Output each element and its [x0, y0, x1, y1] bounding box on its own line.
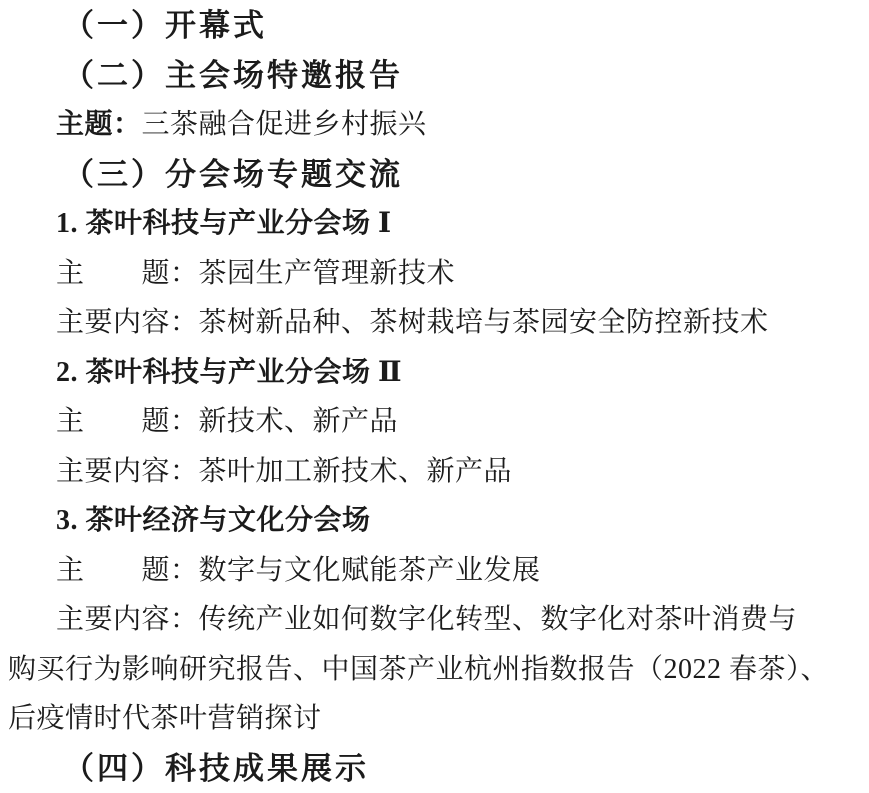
section-heading-3: （三）分会场专题交流 [0, 150, 869, 200]
bold-text-segment: （二）主会场特邀报告 [63, 58, 403, 93]
forum-2-content-line: 主要内容：茶叶加工新技术、新产品 [0, 447, 869, 497]
forum-3-content-line-3: 后疫情时代茶叶营销探讨 [0, 694, 869, 744]
text-segment: 主 题：新技术、新产品 [56, 406, 398, 437]
text-segment: 主 题：茶园生产管理新技术 [56, 258, 455, 289]
bold-text-segment: 2. 茶叶科技与产业分会场 Ⅱ [56, 357, 402, 388]
text-segment: 主要内容：传统产业如何数字化转型、数字化对茶叶消费与 [56, 604, 797, 635]
section-heading-1: （一）开幕式 [0, 1, 869, 51]
sub-heading-forum-2: 2. 茶叶科技与产业分会场 Ⅱ [0, 348, 869, 398]
section-heading-4: （四）科技成果展示 [0, 744, 869, 793]
forum-3-content-line-1: 主要内容：传统产业如何数字化转型、数字化对茶叶消费与 [0, 595, 869, 645]
text-segment: 主 题：数字与文化赋能茶产业发展 [56, 555, 541, 586]
forum-1-content-line: 主要内容：茶树新品种、茶树栽培与茶园安全防控新技术 [0, 298, 869, 348]
bold-text-segment: 3. 茶叶经济与文化分会场 [56, 505, 371, 536]
bold-text-segment: （四）科技成果展示 [63, 751, 369, 786]
sub-heading-forum-1: 1. 茶叶科技与产业分会场 Ⅰ [0, 199, 869, 249]
forum-3-theme-line: 主 题：数字与文化赋能茶产业发展 [0, 546, 869, 596]
bold-text-segment: （一）开幕式 [63, 8, 267, 43]
section-heading-2: （二）主会场特邀报告 [0, 51, 869, 101]
forum-2-theme-line: 主 题：新技术、新产品 [0, 397, 869, 447]
forum-1-theme-line: 主 题：茶园生产管理新技术 [0, 249, 869, 299]
text-segment: 购买行为影响研究报告、中国茶产业杭州指数报告（2022 春茶）、 [8, 654, 829, 685]
main-venue-theme-line: 主题：三茶融合促进乡村振兴 [0, 100, 869, 150]
document-page: （一）开幕式（二）主会场特邀报告主题：三茶融合促进乡村振兴（三）分会场专题交流1… [0, 0, 869, 793]
text-segment: 主要内容：茶树新品种、茶树栽培与茶园安全防控新技术 [56, 307, 769, 338]
sub-heading-forum-3: 3. 茶叶经济与文化分会场 [0, 496, 869, 546]
text-segment: 三茶融合促进乡村振兴 [142, 109, 427, 140]
bold-text-segment: 1. 茶叶科技与产业分会场 Ⅰ [56, 208, 392, 239]
forum-3-content-line-2: 购买行为影响研究报告、中国茶产业杭州指数报告（2022 春茶）、 [0, 645, 869, 695]
text-segment: 后疫情时代茶叶营销探讨 [8, 703, 322, 734]
bold-text-segment: 主题： [56, 109, 142, 140]
text-segment: 主要内容：茶叶加工新技术、新产品 [56, 456, 512, 487]
bold-text-segment: （三）分会场专题交流 [63, 157, 403, 192]
